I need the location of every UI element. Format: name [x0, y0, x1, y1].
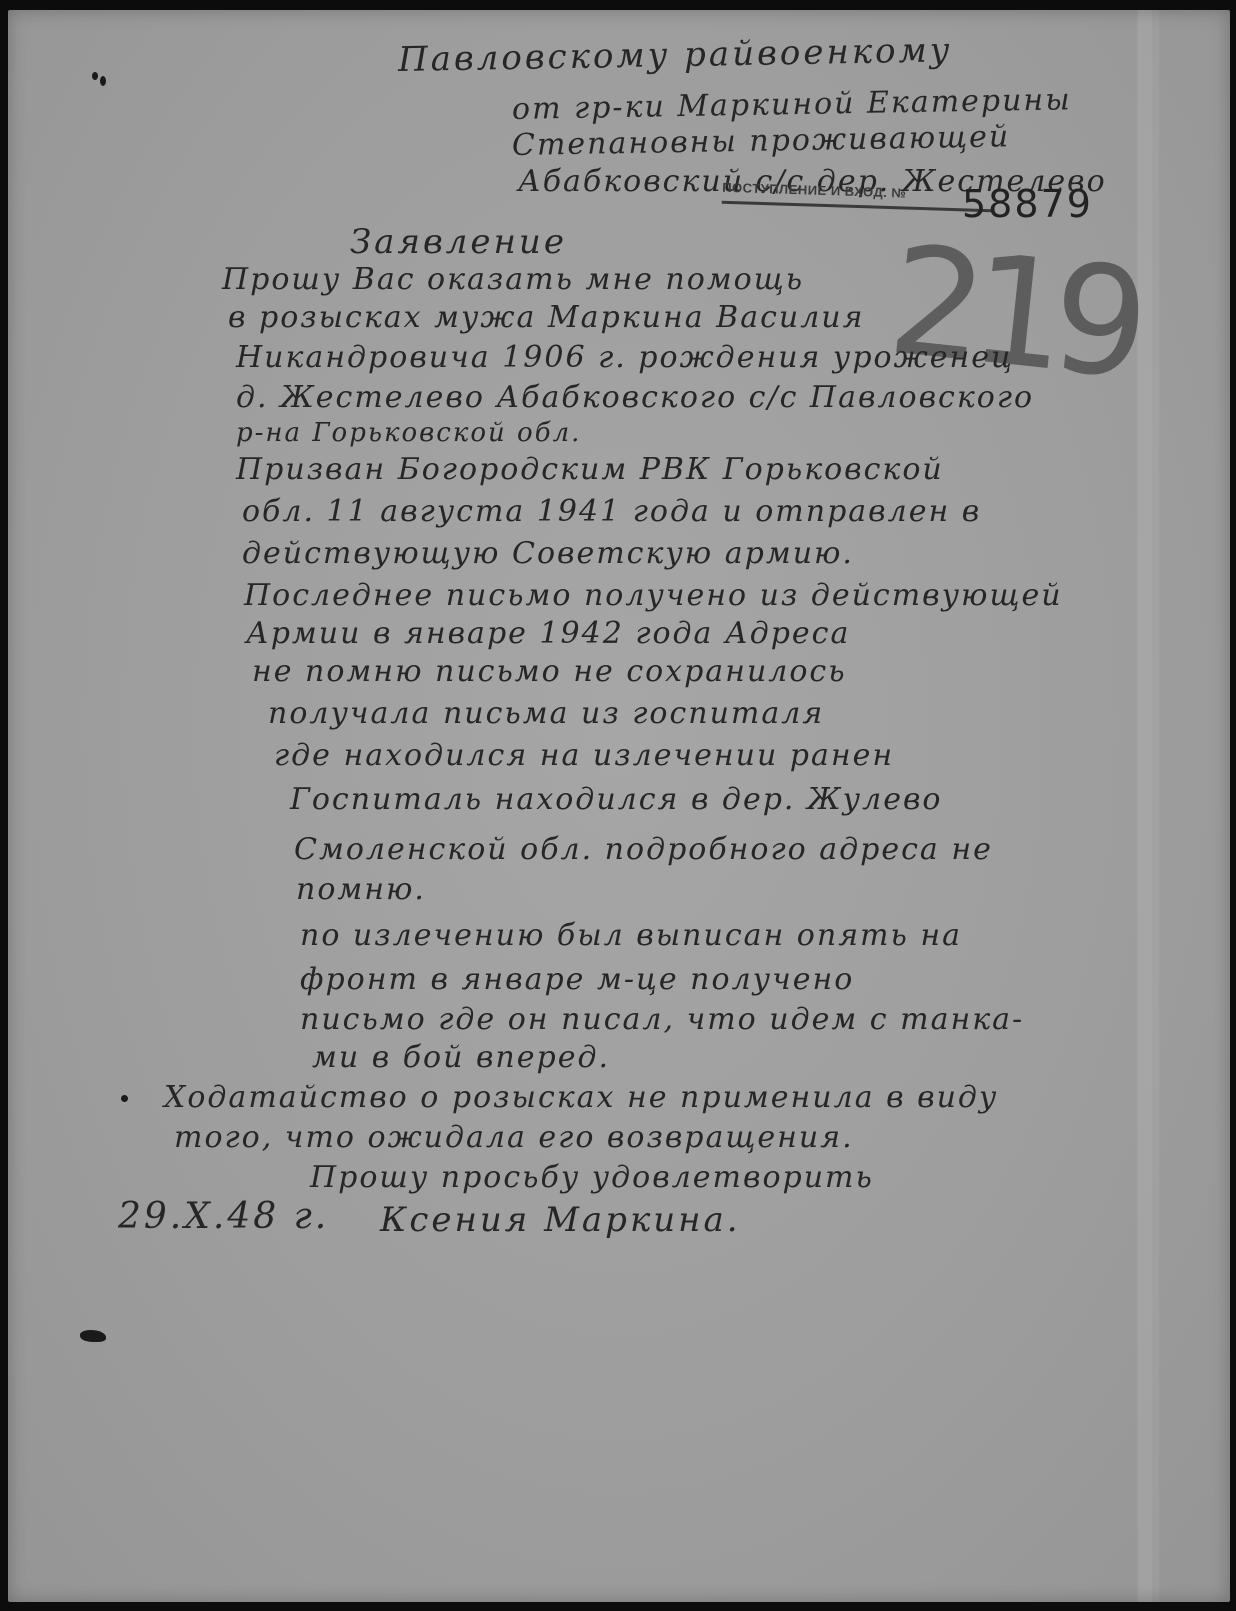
body-line: ми в бой вперед.	[312, 1040, 610, 1075]
body-line: Смоленской обл. подробного адреса не	[294, 832, 993, 867]
ink-spot	[121, 1095, 128, 1102]
body-line: по излечению был выписан опять на	[300, 918, 962, 953]
body-line: действующую Советскую армию.	[242, 536, 854, 571]
body-line: получала письма из госпиталя	[268, 696, 824, 731]
closing-request: Прошу просьбу удовлетворить	[310, 1160, 874, 1195]
body-line: р-на Горьковской обл.	[236, 418, 581, 448]
body-line: Последнее письмо получено из действующей	[244, 578, 1063, 613]
body-line: того, что ожидала его возвращения.	[174, 1120, 854, 1155]
body-line: не помню письмо не сохранилось	[252, 654, 847, 689]
margin-mark: 219	[883, 226, 1142, 401]
body-line: в розысках мужа Маркина Василия	[228, 300, 864, 335]
paper-hole	[80, 1330, 106, 1342]
document-title: Заявление	[350, 222, 567, 262]
body-line: фронт в январе м-це получено	[300, 962, 854, 997]
body-line: Ходатайство о розысках не применила в ви…	[164, 1080, 998, 1115]
document-date: 29.X.48 г.	[118, 1196, 329, 1237]
body-line: Прошу Вас оказать мне помощь	[222, 262, 804, 297]
registration-number: 58879	[962, 182, 1093, 226]
body-line: письмо где он писал, что идем с танка-	[300, 1002, 1024, 1037]
body-line: Армии в январе 1942 года Адреса	[246, 616, 850, 651]
signature: Ксения Маркина.	[380, 1200, 741, 1240]
body-line: Призван Богородским РВК Горьковской	[236, 452, 944, 487]
body-line: где находился на излечении ранен	[274, 738, 894, 773]
body-line: обл. 11 августа 1941 года и отправлен в	[242, 494, 981, 529]
body-line: Госпиталь находился в дер. Жулево	[290, 782, 942, 817]
body-line: помню.	[296, 872, 426, 907]
ink-spot	[92, 72, 98, 80]
ink-spot	[100, 76, 106, 86]
